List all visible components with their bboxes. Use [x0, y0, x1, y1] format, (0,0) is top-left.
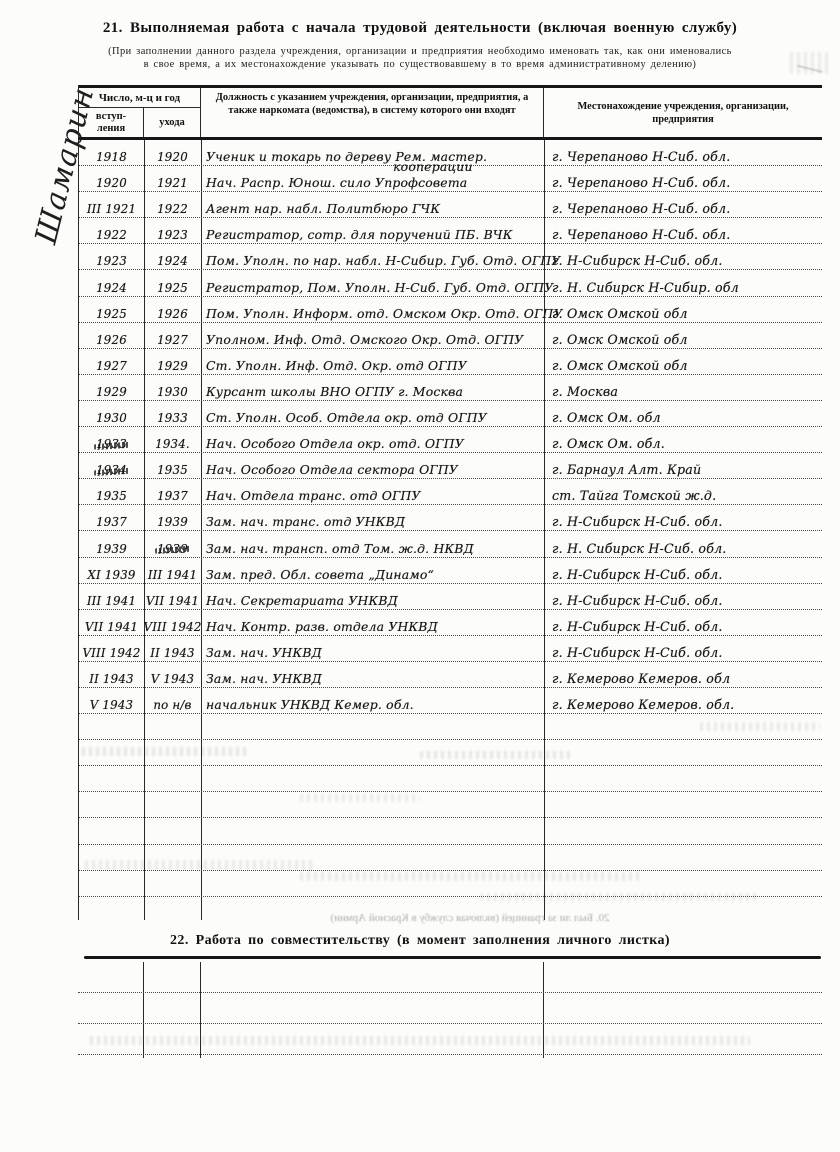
cell-start-date: XI 1939: [79, 558, 144, 583]
cell-end-date: 1922: [144, 192, 201, 217]
cell-location: [544, 792, 822, 817]
handwritten-text: Пом. Уполн. по нар. набл. Н-Сибир. Губ. …: [206, 253, 561, 269]
handwritten-text: Пом. Уполн. Информ. отд. Омском Окр. Отд…: [206, 306, 563, 322]
handwritten-text: V 1943: [151, 672, 195, 687]
cell-start-date: [79, 766, 144, 791]
cell-position: Регистратор, Пом. Уполн. Н-Сиб. Губ. Отд…: [201, 270, 544, 295]
cell-location: г. Н-Сибирск Н-Сиб. обл.: [544, 584, 822, 609]
cell-position: Нач. Отдела транс. отд ОГПУ: [201, 479, 544, 504]
header-col-end: ухода: [144, 108, 200, 137]
cell-start-date: 1929: [79, 375, 144, 400]
handwritten-text: II 1943: [89, 672, 134, 687]
cell-start-date: VII 1941: [79, 610, 144, 635]
cell-location: г. Омск Ом. обл.: [544, 427, 822, 452]
handwritten-text: 1925: [96, 307, 127, 322]
header-col-start-line1: вступ-: [79, 111, 143, 123]
handwritten-text: 1924: [96, 281, 127, 296]
note-line-1: (При заполнении данного раздела учрежден…: [0, 45, 840, 58]
handwritten-text: г. Черепаново Н-Сиб. обл.: [552, 175, 730, 191]
cell-start-date: [78, 993, 143, 1023]
cell-location: г. Н-Сибирск Н-Сиб. обл.: [544, 558, 822, 583]
header-col-start-line2: ления: [79, 123, 143, 135]
cell-end-date: [143, 962, 200, 992]
cell-end-date: 1924: [144, 244, 201, 269]
handwritten-text: Зам. нач. УНКВД: [206, 645, 322, 661]
cell-position: Нач. Секретариата УНКВД: [201, 584, 544, 609]
handwritten-text: г. Барнаул Алт. Край: [552, 462, 701, 478]
handwritten-text: 1925: [157, 281, 188, 296]
bleed-smudge: [480, 893, 760, 901]
handwritten-text: 1930: [96, 411, 127, 426]
cell-end-date: 1933: [144, 401, 201, 426]
bleed-smudge: [82, 747, 247, 756]
note-line-2: в свое время, а их местонахождение указы…: [0, 58, 840, 71]
bleed-smudge: [85, 860, 315, 870]
handwritten-text: г. Н. Сибирск Н-Сибир. обл: [552, 280, 739, 296]
cell-position: Нач. Особого Отдела сектора ОГПУ: [201, 453, 544, 478]
handwritten-text: г. Омск Ом. обл: [552, 410, 661, 426]
cell-start-date: 1922: [79, 218, 144, 243]
handwritten-text: по н/в: [153, 698, 191, 713]
section21-note: (При заполнении данного раздела учрежден…: [0, 45, 840, 71]
handwritten-text: г. Н-Сибирск Н-Сиб. обл.: [552, 567, 723, 583]
table-row: 19271929Ст. Уполн. Инф. Отд. Окр. отд ОГ…: [79, 349, 822, 375]
cell-end-date: V 1943: [144, 662, 201, 687]
table-row: 19291930Курсант школы ВНО ОГПУ г. Москва…: [79, 375, 822, 401]
cell-position: [201, 766, 544, 791]
cell-start-date: 1925: [79, 297, 144, 322]
table-row: VII 1941VIII 1942Нач. Контр. разв. отдел…: [79, 610, 822, 636]
cell-end-date: 1920: [144, 140, 201, 165]
handwritten-text: VIII 1942: [82, 646, 140, 661]
handwritten-text: Нач. Отдела транс. отд ОГПУ: [206, 488, 421, 504]
header-date-group-cell: Число, м-ц и год вступ- ления ухода: [79, 88, 201, 137]
cell-end-date: [144, 871, 201, 896]
handwritten-text: Нач. Секретариата УНКВД: [206, 593, 398, 609]
cell-end-date: VIII 1942: [144, 610, 201, 635]
cell-end-date: VII 1941: [144, 584, 201, 609]
handwritten-text: Регистратор, Пом. Уполн. Н-Сиб. Губ. Отд…: [206, 280, 553, 296]
cell-location: г. Н-Сибирск Н-Сиб. обл.: [544, 244, 822, 269]
cell-position: [201, 714, 544, 739]
cell-location: г. Н. Сибирск Н-Сиб. обл.: [544, 531, 822, 556]
work-history-table: Число, м-ц и год вступ- ления ухода Долж…: [78, 85, 822, 920]
cell-start-date: 1926: [79, 323, 144, 348]
table-row: 19301933Ст. Уполн. Особ. Отдела окр. отд…: [79, 401, 822, 427]
cell-location: г. Черепаново Н-Сиб. обл.: [544, 218, 822, 243]
cell-location: [543, 993, 822, 1023]
handwritten-text: Нач. Особого Отдела сектора ОГПУ: [206, 462, 458, 478]
cell-end-date: 1939: [144, 505, 201, 530]
cell-position: Нач. Контр. разв. отдела УНКВД: [201, 610, 544, 635]
handwritten-text: Ст. Уполн. Инф. Отд. Окр. отд ОГПУ: [206, 358, 467, 374]
cell-position: Зам. нач. трансп. отд Том. ж.д. НКВД: [201, 531, 544, 556]
cell-end-date: 1929: [144, 349, 201, 374]
handwritten-text: 1923: [157, 228, 188, 243]
handwritten-text: ст. Тайга Томской ж.д.: [552, 488, 716, 504]
handwritten-text: г. Омск Омской обл: [552, 358, 688, 374]
cell-start-date: 1918: [79, 140, 144, 165]
cell-location: г. Омск Омской обл: [544, 323, 822, 348]
cell-end-date: [143, 993, 200, 1023]
cell-position: Курсант школы ВНО ОГПУ г. Москва: [201, 375, 544, 400]
handwritten-text: III 1921: [87, 202, 136, 217]
handwritten-text: Нач. Контр. разв. отдела УНКВД: [206, 619, 438, 635]
cell-end-date: 1939: [144, 531, 201, 556]
handwritten-text: г. Черепаново Н-Сиб. обл.: [552, 227, 730, 243]
handwritten-text: г. Омск Ом. обл.: [552, 436, 665, 452]
section21-title: 21. Выполняемая работа с начала трудовой…: [0, 20, 840, 37]
handwritten-text: 1923: [96, 254, 127, 269]
cell-position: Пом. Уполн. по нар. набл. Н-Сибир. Губ. …: [201, 244, 544, 269]
handwritten-text: 1918: [96, 150, 127, 165]
section22-title: 22. Работа по совместительству (в момент…: [0, 933, 840, 949]
handwritten-text: Зам. нач. транс. отд УНКВД: [206, 514, 405, 530]
table-row: 19251926Пом. Уполн. Информ. отд. Омском …: [79, 297, 822, 323]
handwritten-text: г. Кемерово Кемеров. обл.: [552, 697, 734, 713]
cell-end-date: 1923: [144, 218, 201, 243]
cell-location: г. Москва: [544, 375, 822, 400]
handwritten-text: Зам. нач. УНКВД: [206, 671, 322, 687]
handwritten-text: VIII 1942: [143, 620, 201, 635]
cell-position: начальник УНКВД Кемер. обл.: [201, 688, 544, 713]
cell-end-date: по н/в: [144, 688, 201, 713]
handwritten-text: 1939: [96, 542, 127, 557]
header-col-start: вступ- ления: [79, 108, 144, 137]
handwritten-text: Регистратор, сотр. для поручений ПБ. ВЧК: [206, 227, 513, 243]
cell-position: Ст. Уполн. Особ. Отдела окр. отд ОГПУ: [201, 401, 544, 426]
cell-position: Нач. Особого Отдела окр. отд. ОГПУ: [201, 427, 544, 452]
handwritten-text: II 1943: [150, 646, 195, 661]
cell-start-date: 1924: [79, 270, 144, 295]
header-col-position: Должность с указанием учреждения, органи…: [201, 88, 544, 137]
handwritten-text: г. Н-Сибирск Н-Сиб. обл.: [552, 619, 723, 635]
cell-position: Пом. Уполн. Информ. отд. Омском Окр. Отд…: [201, 297, 544, 322]
cell-location: г. Черепаново Н-Сиб. обл.: [544, 166, 822, 191]
section22-divider: [84, 956, 821, 959]
cell-location: г. Кемерово Кемеров. обл.: [544, 688, 822, 713]
cell-end-date: 1937: [144, 479, 201, 504]
handwritten-text: 1939: [157, 515, 188, 530]
cell-end-date: 1930: [144, 375, 201, 400]
handwritten-text: 1920: [157, 150, 188, 165]
cell-location: ст. Тайга Томской ж.д.: [544, 479, 822, 504]
cell-position: Ст. Уполн. Инф. Отд. Окр. отд ОГПУ: [201, 349, 544, 374]
table-row: [79, 818, 822, 844]
bleed-through-text: 20. Был ли за границей (включая службу в…: [280, 912, 660, 924]
handwritten-text: III 1941: [148, 568, 197, 583]
handwritten-text: Ст. Уполн. Особ. Отдела окр. отд ОГПУ: [206, 410, 487, 426]
cell-position: Зам. нач. транс. отд УНКВД: [201, 505, 544, 530]
handwritten-text: Нач. Особого Отдела окр. отд. ОГПУ: [206, 436, 464, 452]
handwritten-text: XI 1939: [87, 568, 135, 583]
cell-position: Нач. Распр. Юнош. сило Упрофсовета: [201, 166, 544, 191]
table-row: 19261927Уполном. Инф. Отд. Омского Окр. …: [79, 323, 822, 349]
table-row: 19231924Пом. Уполн. по нар. набл. Н-Сиби…: [79, 244, 822, 270]
handwritten-text: 1933: [157, 411, 188, 426]
cell-start-date: 1927: [79, 349, 144, 374]
cell-start-date: II 1943: [79, 662, 144, 687]
cell-end-date: 1926: [144, 297, 201, 322]
bleed-smudge: [300, 794, 420, 802]
cell-end-date: [144, 792, 201, 817]
handwritten-text: 1927: [157, 333, 188, 348]
handwritten-text: 1922: [157, 202, 188, 217]
cell-location: г. Н-Сибирск Н-Сиб. обл.: [544, 505, 822, 530]
header-date-subrow: вступ- ления ухода: [79, 108, 200, 137]
cell-position: Зам. нач. УНКВД: [201, 636, 544, 661]
table-row: II 1943V 1943Зам. нач. УНКВДг. Кемерово …: [79, 662, 822, 688]
bleed-smudge: [90, 1036, 750, 1045]
table-row: XI 1939III 1941Зам. пред. Обл. совета „Д…: [79, 558, 822, 584]
handwritten-text: г. Н-Сибирск Н-Сиб. обл.: [552, 253, 723, 269]
table-row: 19371939Зам. нач. транс. отд УНКВДг. Н-С…: [79, 505, 822, 531]
handwritten-text: г. Москва: [552, 384, 618, 400]
handwritten-text: 1920: [96, 176, 127, 191]
cell-location: г. Кемерово Кемеров. обл: [544, 662, 822, 687]
cell-location: [543, 962, 822, 992]
handwritten-text: Зам. нач. трансп. отд Том. ж.д. НКВД: [206, 541, 474, 557]
bleed-smudge: [700, 722, 820, 731]
handwritten-text: 1922: [96, 228, 127, 243]
handwritten-text: 1933: [96, 437, 127, 452]
table-row: 19351937Нач. Отдела транс. отд ОГПУст. Т…: [79, 479, 822, 505]
table-row: [79, 766, 822, 792]
table-row: [78, 993, 822, 1024]
handwritten-text: 1935: [157, 463, 188, 478]
cell-start-date: V 1943: [79, 688, 144, 713]
handwritten-text: 1934: [96, 463, 127, 478]
cell-location: г. Н-Сибирск Н-Сиб. обл.: [544, 636, 822, 661]
handwritten-text: начальник УНКВД Кемер. обл.: [206, 697, 414, 713]
cell-location: г. Барнаул Алт. Край: [544, 453, 822, 478]
handwritten-text: V 1943: [90, 698, 134, 713]
table-row: [78, 962, 822, 993]
cell-position: Зам. пред. Обл. совета „Динамо“: [201, 558, 544, 583]
header-col-location: Местонахождение учреждения, организации,…: [544, 88, 822, 137]
handwritten-text: VII 1941: [85, 620, 138, 635]
table-row: 19391939Зам. нач. трансп. отд Том. ж.д. …: [79, 531, 822, 557]
cell-start-date: 1933: [79, 427, 144, 452]
handwritten-text: 1930: [157, 385, 188, 400]
cell-start-date: 1923: [79, 244, 144, 269]
cell-start-date: [79, 818, 144, 843]
cell-start-date: [79, 714, 144, 739]
cell-location: г. Н-Сибирск Н-Сиб. обл.: [544, 610, 822, 635]
table-row: VIII 1942II 1943Зам. нач. УНКВДг. Н-Сиби…: [79, 636, 822, 662]
cell-location: [544, 766, 822, 791]
table-row: 19341935Нач. Особого Отдела сектора ОГПУ…: [79, 453, 822, 479]
cell-position: Ученик и токарь по дереву Рем. мастер.ко…: [201, 140, 544, 165]
cell-location: [544, 740, 822, 765]
cell-end-date: 1927: [144, 323, 201, 348]
handwritten-text: 1934.: [155, 437, 190, 452]
cell-position: Регистратор, сотр. для поручений ПБ. ВЧК: [201, 218, 544, 243]
handwritten-text: 1926: [96, 333, 127, 348]
cell-location: г. Омск Омской обл: [544, 297, 822, 322]
table-row: 19181920Ученик и токарь по дереву Рем. м…: [79, 140, 822, 166]
cell-location: г. Черепаново Н-Сиб. обл.: [544, 140, 822, 165]
table-row: 19221923Регистратор, сотр. для поручений…: [79, 218, 822, 244]
cell-start-date: 1939: [79, 531, 144, 556]
cell-location: г. Омск Омской обл: [544, 349, 822, 374]
handwritten-text: 1937: [96, 515, 127, 530]
cell-start-date: 1937: [79, 505, 144, 530]
cell-position: [200, 962, 543, 992]
handwritten-text: г. Омск Омской обл: [552, 332, 688, 348]
table-row: 19201921Нач. Распр. Юнош. сило Упрофсове…: [79, 166, 822, 192]
cell-location: [544, 818, 822, 843]
bleed-smudge: [300, 872, 640, 881]
cell-position: [201, 818, 544, 843]
handwritten-text: г. Кемерово Кемеров. обл: [552, 671, 730, 687]
cell-start-date: VIII 1942: [79, 636, 144, 661]
cell-position: Зам. нач. УНКВД: [201, 662, 544, 687]
handwritten-text: Курсант школы ВНО ОГПУ г. Москва: [206, 384, 463, 400]
cell-start-date: 1920: [79, 166, 144, 191]
cell-start-date: [79, 871, 144, 896]
cell-end-date: III 1941: [144, 558, 201, 583]
handwritten-text: 1937: [157, 489, 188, 504]
handwritten-text: 1927: [96, 359, 127, 374]
cell-start-date: 1930: [79, 401, 144, 426]
handwritten-text: г. Черепаново Н-Сиб. обл.: [552, 149, 730, 165]
handwritten-text: г. Омск Омской обл: [552, 306, 688, 322]
cell-end-date: 1935: [144, 453, 201, 478]
handwritten-text: III 1941: [87, 594, 136, 609]
handwritten-text: г. Н-Сибирск Н-Сиб. обл.: [552, 593, 723, 609]
cell-end-date: [144, 766, 201, 791]
table-row: [79, 792, 822, 818]
cell-start-date: [79, 792, 144, 817]
cell-location: [544, 845, 822, 870]
handwritten-text: VII 1941: [146, 594, 199, 609]
handwritten-text: 1926: [157, 307, 188, 322]
handwritten-text: г. Н. Сибирск Н-Сиб. обл.: [552, 541, 727, 557]
cell-end-date: II 1943: [144, 636, 201, 661]
cell-position: Агент нар. набл. Политбюро ГЧК: [201, 192, 544, 217]
cell-location: г. Черепаново Н-Сиб. обл.: [544, 192, 822, 217]
cell-start-date: III 1921: [79, 192, 144, 217]
handwritten-text: 1939: [157, 542, 188, 557]
handwritten-text: Уполном. Инф. Отд. Омского Окр. Отд. ОГП…: [206, 332, 523, 348]
cell-position: [200, 993, 543, 1023]
cell-start-date: III 1941: [79, 584, 144, 609]
handwritten-text: 1935: [96, 489, 127, 504]
cell-end-date: [144, 714, 201, 739]
personnel-record-form-page: Шамарин 21. Выполняемая работа с начала …: [0, 0, 840, 1152]
header-date-group-label: Число, м-ц и год: [79, 88, 200, 108]
cell-location: г. Н. Сибирск Н-Сибир. обл: [544, 270, 822, 295]
cell-end-date: 1934.: [144, 427, 201, 452]
handwritten-text: 1929: [96, 385, 127, 400]
handwritten-text: Агент нар. набл. Политбюро ГЧК: [206, 201, 440, 217]
table-row: V 1943по н/вначальник УНКВД Кемер. обл.г…: [79, 688, 822, 714]
handwritten-text: г. Н-Сибирск Н-Сиб. обл.: [552, 645, 723, 661]
handwritten-text: г. Н-Сибирск Н-Сиб. обл.: [552, 514, 723, 530]
bleed-smudge: [420, 751, 570, 759]
cell-start-date: 1934: [79, 453, 144, 478]
handwritten-text: 1924: [157, 254, 188, 269]
cell-end-date: 1925: [144, 270, 201, 295]
cell-start-date: 1935: [79, 479, 144, 504]
cell-end-date: [144, 818, 201, 843]
handwritten-text: 1929: [157, 359, 188, 374]
cell-end-date: 1921: [144, 166, 201, 191]
table-row: III 1941VII 1941Нач. Секретариата УНКВДг…: [79, 584, 822, 610]
cell-start-date: [78, 962, 143, 992]
table-header-row: Число, м-ц и год вступ- ления ухода Долж…: [79, 85, 822, 140]
handwritten-text: Нач. Распр. Юнош. сило Упрофсовета: [206, 175, 467, 191]
handwritten-text: г. Черепаново Н-Сиб. обл.: [552, 201, 730, 217]
table-row: 19331934.Нач. Особого Отдела окр. отд. О…: [79, 427, 822, 453]
table-row: 19241925Регистратор, Пом. Уполн. Н-Сиб. …: [79, 270, 822, 296]
handwritten-text: 1921: [157, 176, 188, 191]
handwritten-text: Зам. пред. Обл. совета „Динамо“: [206, 567, 434, 583]
cell-location: г. Омск Ом. обл: [544, 401, 822, 426]
table-row: III 19211922Агент нар. набл. Политбюро Г…: [79, 192, 822, 218]
work-rows: 19181920Ученик и токарь по дереву Рем. м…: [79, 140, 822, 920]
cell-position: Уполном. Инф. Отд. Омского Окр. Отд. ОГП…: [201, 323, 544, 348]
